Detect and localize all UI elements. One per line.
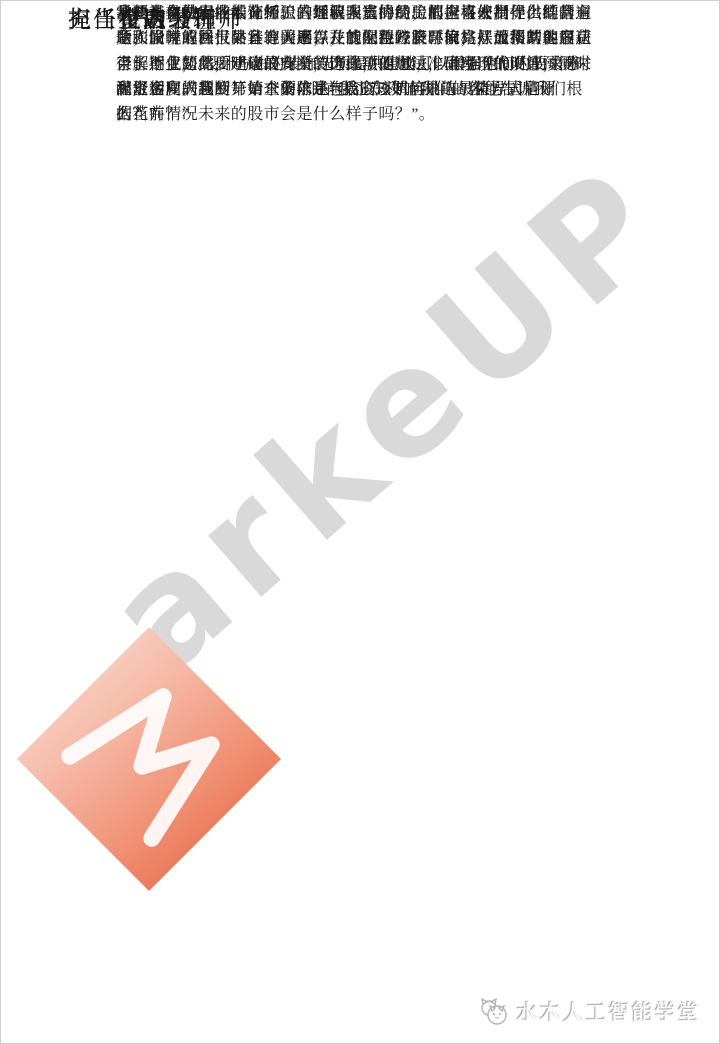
footer-brand-text: 水木人工智能学堂 [517,997,701,1027]
footer-brand: 水木人工智能学堂 [479,997,701,1027]
mascot-icon [479,998,511,1026]
section-heading: 充当自助书 [68,1,193,34]
document-page: 担任金融分析师 需要具有使用技术分析工具理解图表的经验的合格人员提供的帮 助，同… [0,0,720,1044]
document-content: 担任金融分析师 需要具有使用技术分析工具理解图表的经验的合格人员提供的帮 助，同… [1,1,719,1043]
